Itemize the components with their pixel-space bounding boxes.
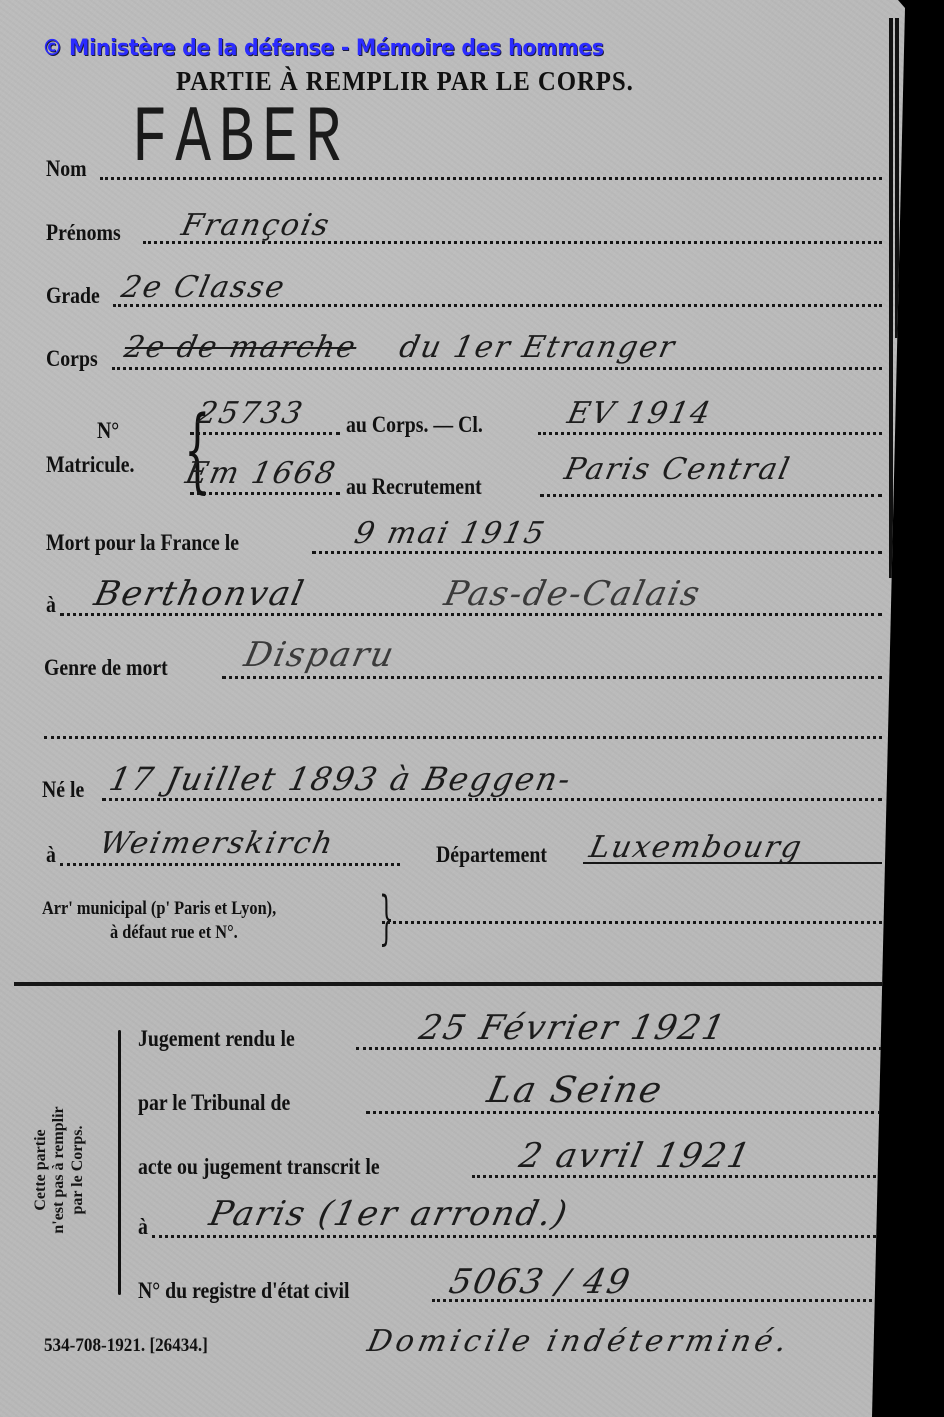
nom-label: Nom	[46, 156, 87, 182]
naissance-lieu-line	[60, 863, 400, 866]
naissance-label: Né le	[42, 777, 84, 803]
genre-mort-line	[222, 676, 882, 679]
transcrit-label: acte ou jugement transcrit le	[138, 1154, 380, 1180]
naissance-lieu-value: Weimerskirch	[96, 826, 337, 861]
arrondissement-label-1: Arr' municipal (p' Paris et Lyon),	[42, 898, 276, 920]
transcrit-value: 2 avril 1921	[516, 1136, 756, 1176]
matricule-label-no: N°	[97, 418, 119, 444]
jugement-rendu-value: 25 Février 1921	[416, 1008, 730, 1048]
tribunal-value: La Seine	[484, 1070, 668, 1111]
side-note: Cette partie n'est pas à remplir par le …	[32, 1040, 87, 1300]
corps-number-line	[190, 432, 340, 435]
recrutement-suffix: au Recrutement	[346, 474, 482, 500]
genre-mort-value: Disparu	[241, 635, 399, 675]
corps-number-value: 25733	[194, 396, 307, 431]
corps-label: Corps	[46, 346, 98, 372]
classe-line	[538, 432, 882, 435]
naissance-line	[102, 798, 882, 801]
copyright-watermark: © Ministère de la défense - Mémoire des …	[42, 36, 604, 61]
transcription-lieu-label: à	[138, 1214, 148, 1240]
recrutement-number-value: Em 1668	[182, 456, 340, 491]
blank-line	[44, 736, 882, 739]
tribunal-line	[366, 1111, 882, 1114]
recrutement-line	[540, 494, 882, 497]
mort-date-label: Mort pour la France le	[46, 530, 239, 556]
section-separator	[14, 982, 882, 986]
prenoms-value: François	[178, 208, 334, 243]
transcription-lieu-value: Paris (1er arrond.)	[206, 1194, 573, 1234]
corps-line	[112, 367, 882, 370]
footer-note: Domicile indéterminé.	[364, 1324, 794, 1359]
corps-struck-value: 2e de marche	[121, 330, 360, 365]
mort-lieu-value: Berthonval	[91, 574, 309, 614]
border-rule	[889, 18, 893, 578]
grade-value: 2e Classe	[118, 270, 289, 305]
departement-value: Luxembourg	[586, 830, 806, 865]
naissance-lieu-label: à	[46, 842, 56, 868]
genre-mort-label: Genre de mort	[44, 655, 168, 681]
fiche-card: © Ministère de la défense - Mémoire des …	[0, 0, 905, 1417]
border-rule	[895, 18, 899, 338]
prenoms-label: Prénoms	[46, 220, 121, 246]
tribunal-label: par le Tribunal de	[138, 1090, 290, 1116]
departement-label: Département	[436, 842, 547, 868]
mort-departement-value: Pas-de-Calais	[441, 574, 705, 614]
mort-date-line	[312, 551, 882, 554]
corps-number-suffix: au Corps. — Cl.	[346, 412, 483, 438]
matricule-label: Matricule.	[46, 452, 134, 478]
naissance-value: 17 Juillet 1893 à Beggen-	[106, 760, 576, 798]
classe-value: EV 1914	[564, 396, 715, 431]
nom-value: FABER	[132, 94, 349, 184]
mort-date-value: 9 mai 1915	[351, 516, 549, 551]
transcription-lieu-line	[152, 1235, 882, 1238]
registre-value: 5063 / 49	[446, 1262, 635, 1302]
jugement-brace	[118, 1030, 121, 1295]
registre-label: N° du registre d'état civil	[138, 1278, 350, 1304]
jugement-rendu-label: Jugement rendu le	[138, 1026, 295, 1052]
print-code: 534-708-1921. [26434.]	[44, 1335, 208, 1357]
recrutement-number-line	[190, 492, 340, 495]
form-heading: PARTIE À REMPLIR PAR LE CORPS.	[176, 66, 634, 97]
arrondissement-line	[382, 921, 882, 924]
recrutement-value: Paris Central	[561, 452, 794, 487]
mort-lieu-label: à	[46, 592, 56, 618]
grade-label: Grade	[46, 283, 100, 309]
corps-value: du 1er Etranger	[396, 330, 679, 365]
arrondissement-label-2: à défaut rue et N°.	[110, 922, 238, 944]
